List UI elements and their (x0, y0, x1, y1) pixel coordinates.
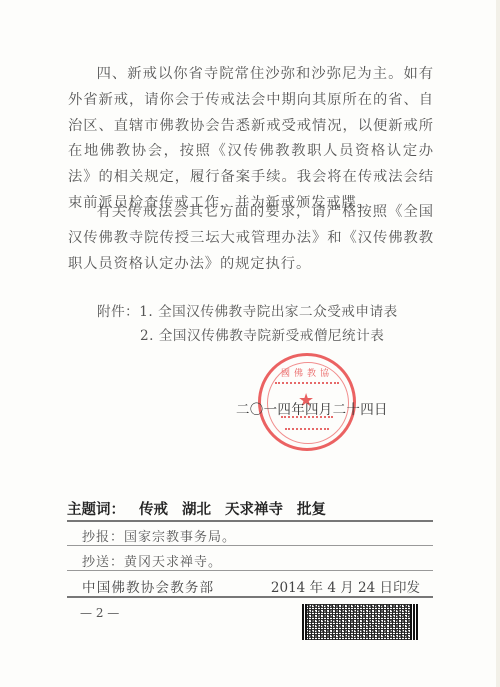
page-number: — 2 — (80, 606, 119, 620)
divider (67, 520, 433, 522)
barcode-stop-bars (410, 604, 418, 640)
cc-send-row: 抄送：黄冈天求禅寺。 (82, 551, 222, 570)
signature-date: 二〇一四年四月二十四日 (236, 398, 388, 418)
page-edge (496, 0, 500, 687)
keyword: 天求禅寺 (225, 501, 283, 518)
cc-send-value: 黄冈天求禅寺。 (124, 555, 222, 570)
body-paragraph-requirements: 有关传戒法会其它方面的要求，请严格按照《全国汉传佛教寺院传授三坛大戒管理办法》和… (68, 200, 434, 277)
paragraph-text: 有关传戒法会其它方面的要求，请严格按照《全国汉传佛教寺院传授三坛大戒管理办法》和… (68, 200, 434, 277)
pdf417-barcode (302, 604, 418, 640)
cc-report-value: 国家宗教事务局。 (124, 530, 236, 545)
attachment-title: 1. 全国汉传佛教寺院出家二众受戒申请表 (139, 304, 397, 320)
body-paragraph-4: 四、新戒以你省寺院常住沙弥和沙弥尼为主。如有外省新戒，请你会于传戒法会中期向其原… (68, 62, 434, 217)
issuer: 中国佛教协会教务部 (82, 576, 214, 596)
divider (67, 596, 433, 598)
keywords-row: 主题词：传戒湖北天求禅寺批复 (67, 498, 326, 519)
seal-script-line (285, 428, 329, 434)
cc-report-row: 抄报：国家宗教事务局。 (82, 526, 236, 545)
keyword: 湖北 (182, 501, 211, 518)
issue-date: 2014 年 4 月 24 日印发 (271, 576, 420, 596)
divider (67, 570, 433, 571)
attachment-item-2: 2. 全国汉传佛教寺院新受戒僧尼统计表 (140, 324, 384, 344)
cc-send-label: 抄送： (82, 555, 124, 570)
seal-script-line (275, 382, 339, 388)
cc-report-label: 抄报： (82, 530, 124, 545)
seal-text: 國佛教協 (279, 366, 335, 379)
barcode-start-bars (302, 604, 307, 640)
attachment-item-1: 附件：1. 全国汉传佛教寺院出家二众受戒申请表 (97, 300, 398, 320)
attachments-label: 附件： (97, 304, 139, 320)
divider (67, 545, 433, 546)
paragraph-text: 四、新戒以你省寺院常住沙弥和沙弥尼为主。如有外省新戒，请你会于传戒法会中期向其原… (68, 62, 434, 217)
keyword: 传戒 (139, 501, 168, 518)
attachment-title: 2. 全国汉传佛教寺院新受戒僧尼统计表 (140, 328, 384, 344)
keyword: 批复 (297, 501, 326, 518)
keywords-label: 主题词： (67, 501, 125, 518)
